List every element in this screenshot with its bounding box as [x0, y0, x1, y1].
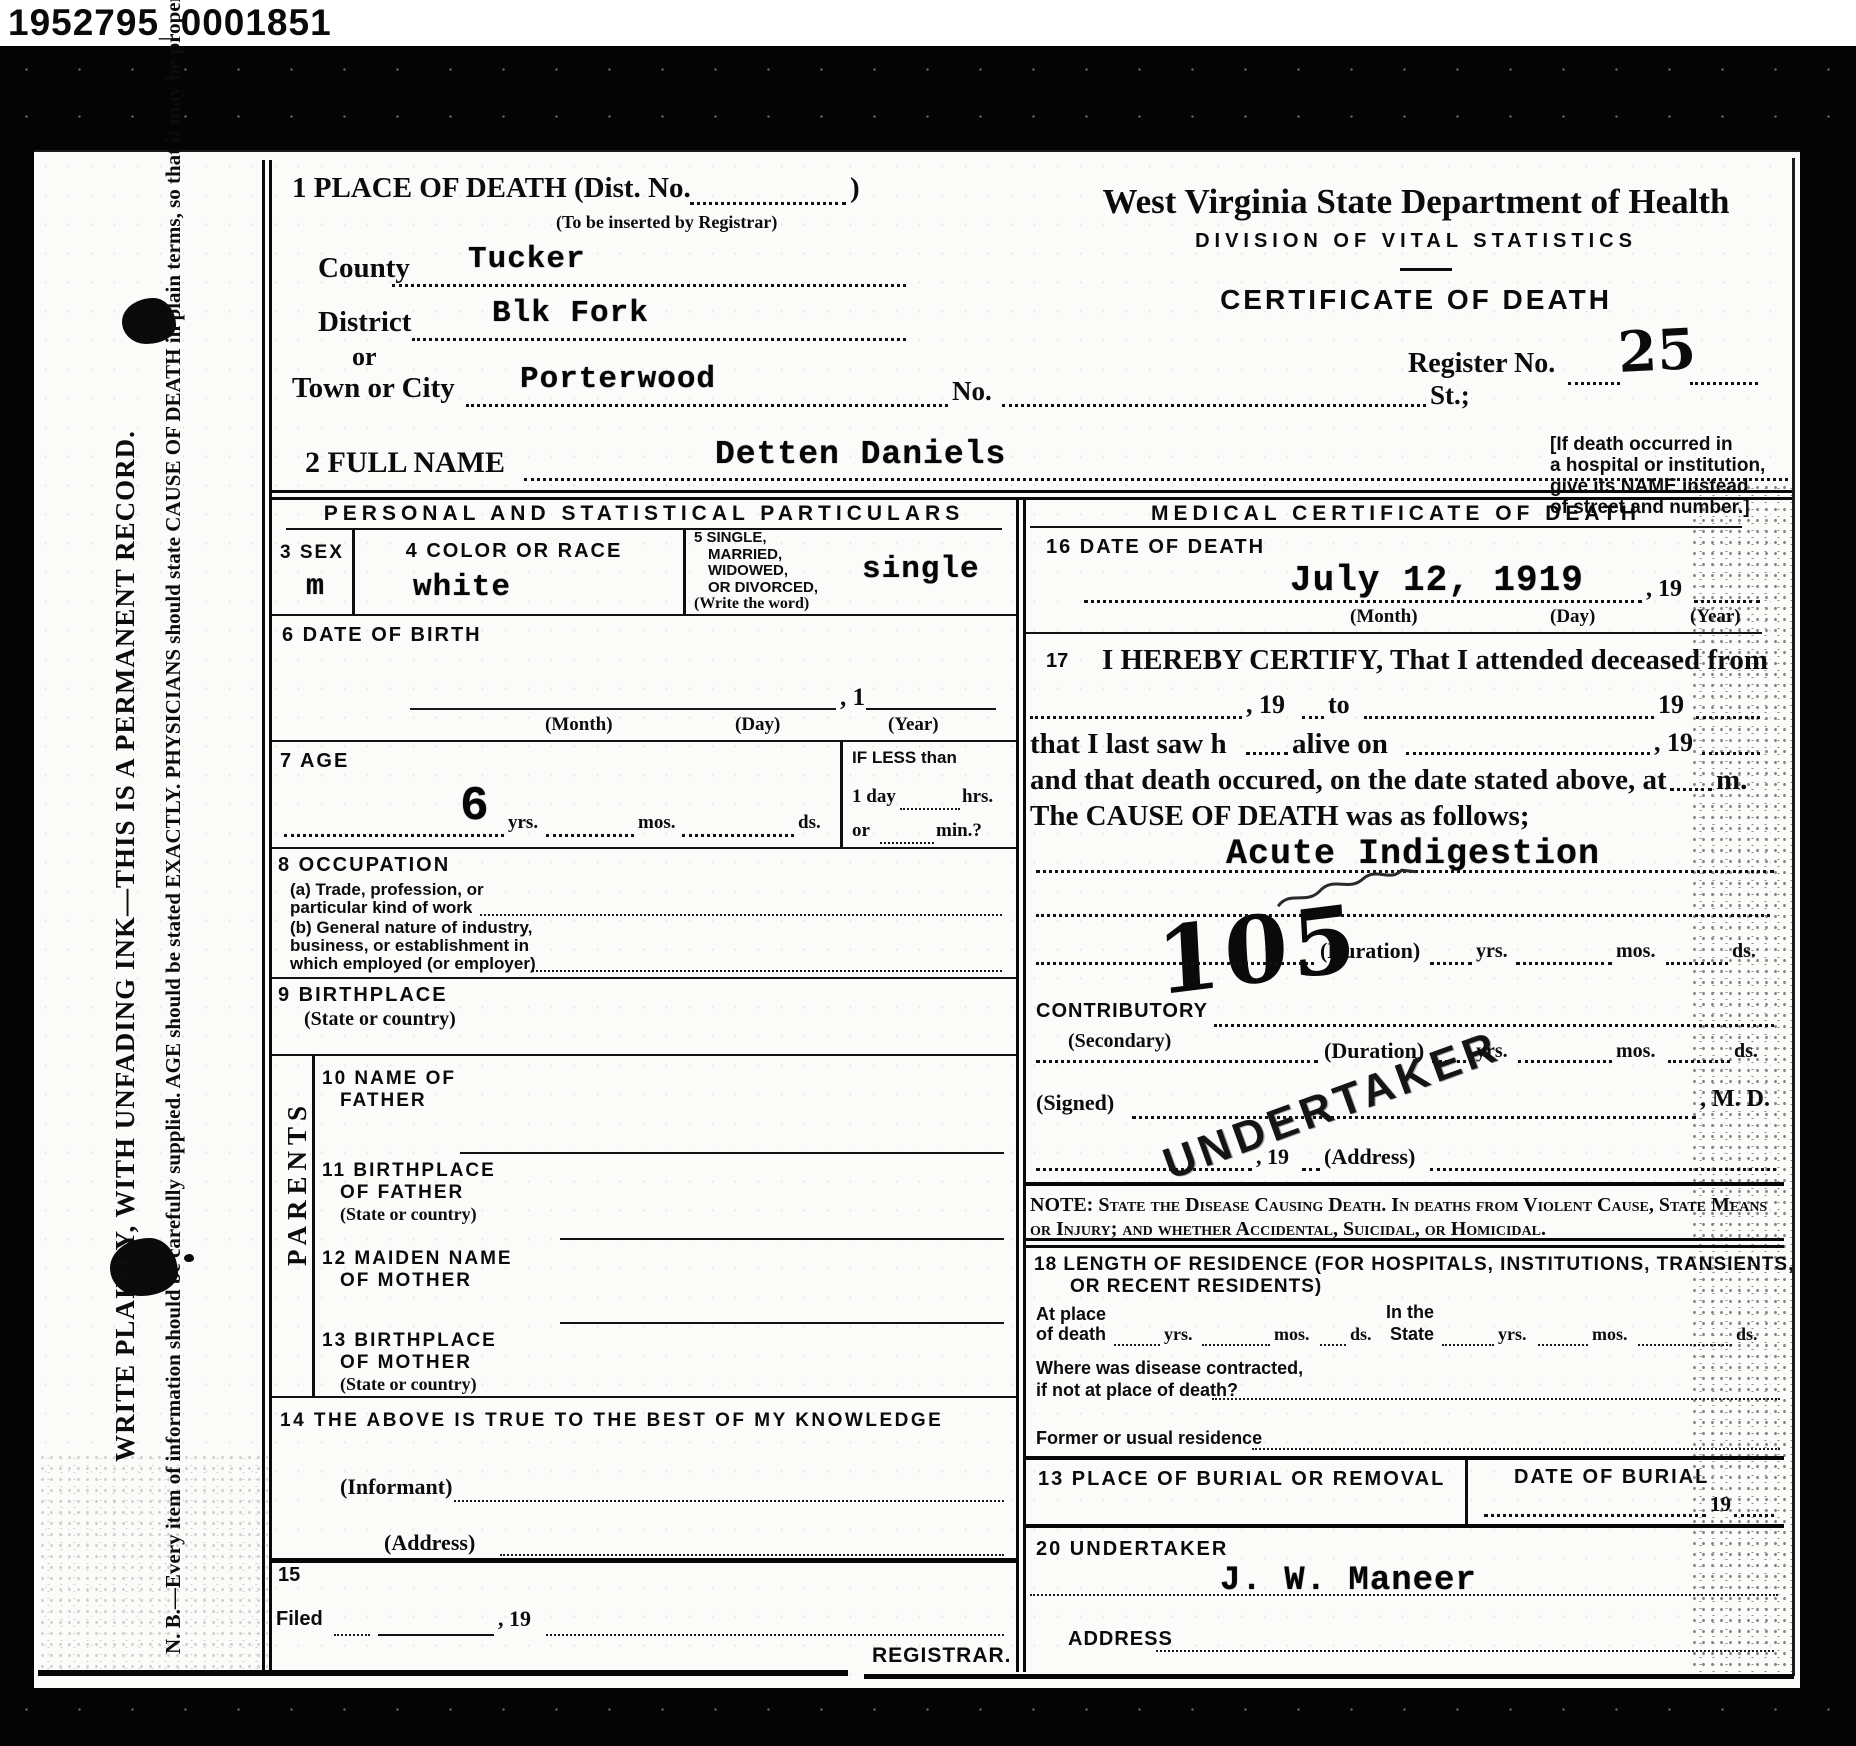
death-occured-m: m. [1716, 764, 1747, 797]
marital-line1: 5 SINGLE, [694, 530, 818, 547]
marital-line4: OR DIVORCED, [694, 580, 818, 597]
residence-ds-1: ds. [1350, 1324, 1372, 1345]
birthplace-bottom-rule [272, 1054, 1016, 1056]
register-no-value: 25 [1616, 316, 1697, 386]
occupation-a2: particular kind of work [290, 898, 472, 918]
age-blank-3 [682, 834, 794, 837]
parents-inner-divider [312, 1054, 315, 1396]
death-occured-text: and that death occured, on the date stat… [1030, 764, 1667, 797]
parents-vertical-label: PARENTS [282, 1064, 313, 1302]
certificate-title: CERTIFICATE OF DEATH [1044, 284, 1788, 316]
age-ifless-divider [840, 740, 843, 847]
death-occured-blank [1670, 788, 1712, 791]
register-no-blank-right [1690, 382, 1758, 385]
one-day-label: 1 day [852, 786, 896, 808]
father-bp-line2: OF FATHER [340, 1182, 464, 1204]
residence-mos-2: mos. [1592, 1324, 1628, 1345]
register-no-label: Register No. [1408, 348, 1555, 380]
duration1-label: (Duration) [1320, 938, 1420, 964]
last-saw-h-blank [1246, 752, 1288, 755]
informant-caption: (Informant) [340, 1474, 452, 1500]
informant-address-blank [500, 1554, 1004, 1556]
mother-name-blank [560, 1322, 1004, 1324]
truth-statement: 14 THE ABOVE IS TRUE TO THE BEST OF MY K… [280, 1410, 943, 1432]
if-less-label: IF LESS than [852, 748, 957, 768]
place-of-death-paren: ) [850, 172, 860, 205]
certify-19b: 19 [1658, 690, 1684, 720]
or-label: or [852, 820, 870, 842]
alive-on-text: alive on [1292, 728, 1388, 761]
burial-cell-divider [1465, 1458, 1468, 1524]
birthplace-label: 9 BIRTHPLACE [278, 984, 448, 1007]
mother-name-line2: OF MOTHER [340, 1270, 472, 1292]
residence-label-line2: OR RECENT RESIDENTS) [1070, 1276, 1322, 1298]
dod-day-caption: (Day) [1550, 606, 1595, 628]
parents-bottom-rule [272, 1396, 1016, 1398]
min-label: min.? [936, 820, 982, 842]
marital-write-word: (Write the word) [694, 596, 818, 613]
page-right-edge [1792, 158, 1795, 1676]
dob-year-caption: (Year) [888, 714, 939, 736]
father-name-line1: 10 NAME OF [322, 1068, 456, 1090]
duration2-label: (Duration) [1324, 1038, 1424, 1064]
certify-to-blank [1364, 716, 1654, 719]
race-marital-divider [683, 530, 686, 614]
certify-number: 17 [1046, 650, 1068, 673]
sign-date-19-blank [1302, 1168, 1320, 1171]
certify-to: to [1328, 690, 1350, 720]
marital-line2: MARRIED, [694, 547, 818, 564]
dob-year-prefix: , 1 [840, 684, 865, 712]
residence-blank-5 [1538, 1344, 1588, 1346]
item15-label: 15 [278, 1564, 300, 1587]
duration2-yrs: yrs. [1476, 1040, 1508, 1063]
burial-top-heavy-rule [1026, 1456, 1784, 1460]
margin-divider-rule [262, 160, 272, 1672]
certify-19b-blank [1696, 716, 1760, 719]
mother-name-line1: 12 MAIDEN NAME [322, 1248, 513, 1270]
duration1-mos: mos. [1616, 940, 1655, 963]
district-value: Blk Fork [492, 296, 649, 331]
residence-blank-4 [1442, 1344, 1494, 1346]
duration2-blank-b [1518, 1060, 1612, 1063]
where-contracted-line1: Where was disease contracted, [1036, 1358, 1303, 1379]
street-no-blank [1002, 404, 1426, 407]
medical-section-title: MEDICAL CERTIFICATE OF DEATH [1026, 502, 1766, 526]
page-bottom-border-left [38, 1670, 848, 1676]
min-blank [880, 842, 934, 844]
mother-bp-line1: 13 BIRTHPLACE [322, 1330, 497, 1352]
age-blank-2 [546, 834, 634, 837]
age-ds-label: ds. [798, 812, 821, 834]
dod-19-label: , 19 [1646, 576, 1682, 603]
district-or-label: or [352, 342, 377, 372]
department-title: West Virginia State Department of Health [1044, 182, 1788, 222]
age-blank-1 [284, 834, 504, 837]
occupation-b1: (b) General nature of industry, [290, 918, 532, 938]
scan-noise-top [0, 46, 1856, 150]
father-bp-line3: (State or country) [340, 1204, 477, 1225]
last-saw-19-blank [1702, 752, 1760, 755]
town-value: Porterwood [520, 362, 716, 397]
signed-blank [1132, 1116, 1696, 1119]
signed-md: , M. D. [1700, 1086, 1770, 1113]
residence-blank-3 [1320, 1344, 1346, 1346]
residence-blank-1 [1114, 1344, 1160, 1346]
county-label: County [318, 252, 410, 285]
age-label: 7 AGE [280, 750, 349, 773]
residence-ds-2: ds. [1736, 1324, 1758, 1345]
duration1-blank-b [1516, 962, 1612, 965]
race-value: white [413, 570, 511, 605]
personal-section-title: PERSONAL AND STATISTICAL PARTICULARS [272, 502, 1016, 526]
registrar-insert-note: (To be inserted by Registrar) [556, 212, 777, 233]
residence-label-line1: 18 LENGTH OF RESIDENCE (FOR HOSPITALS, I… [1034, 1254, 1794, 1276]
street-label: St.; [1430, 380, 1470, 411]
margin-permanent-record-text: WRITE PLAINLY, WITH UNFADING INK—THIS IS… [110, 248, 141, 1644]
dob-blank-year [866, 708, 996, 710]
occupation-b-blank [532, 970, 1002, 972]
certify-19a: , 19 [1246, 690, 1285, 720]
hospital-note-line1: [If death occurred in [1550, 434, 1782, 455]
certificate-page: WRITE PLAINLY, WITH UNFADING INK—THIS IS… [34, 150, 1800, 1688]
dod-label: 16 DATE OF DEATH [1046, 536, 1265, 559]
marital-value: single [862, 552, 980, 587]
mother-bp-line2: OF MOTHER [340, 1352, 472, 1374]
dod-blank [1084, 600, 1642, 603]
medical-title-underline [1030, 526, 1742, 528]
column-divider-rule [1016, 500, 1026, 1672]
sign-date-19: , 19 [1256, 1144, 1289, 1170]
duration1-blank-a [1430, 962, 1472, 965]
hrs-label: hrs. [962, 786, 993, 808]
residence-blank-6 [1638, 1344, 1732, 1346]
state-label: State [1390, 1324, 1434, 1345]
division-subtitle: DIVISION OF VITAL STATISTICS [1044, 230, 1788, 253]
register-no-blank-left [1568, 382, 1620, 385]
filed-label: Filed [276, 1608, 323, 1631]
occupation-a-blank [480, 914, 1002, 916]
undertaker-label: 20 UNDERTAKER [1036, 1538, 1228, 1561]
former-residence-label: Former or usual residence [1036, 1428, 1262, 1449]
contributory-blank [1214, 1024, 1774, 1027]
filed-blank-long [546, 1634, 1004, 1636]
filed-19-label: , 19 [498, 1606, 531, 1632]
burial-date-blank [1484, 1514, 1706, 1517]
division-dash [1400, 268, 1452, 271]
dob-label: 6 DATE OF BIRTH [282, 624, 482, 647]
undertaker-blank [1030, 1594, 1778, 1596]
duration2-mos: mos. [1616, 1040, 1655, 1063]
duration1-ds: ds. [1732, 940, 1756, 963]
informant-blank [454, 1500, 1004, 1502]
dob-bottom-rule [272, 740, 1016, 742]
father-bp-line1: 11 BIRTHPLACE [322, 1160, 496, 1182]
duration2-blank-a [1432, 1060, 1472, 1063]
scan-noise-bottom-left [38, 1452, 268, 1672]
page-bottom-border-right [864, 1674, 1794, 1679]
sign-date-blank [1036, 1168, 1252, 1171]
birthplace-state-caption: (State or country) [304, 1008, 456, 1031]
dod-value: July 12, 1919 [1290, 560, 1584, 601]
dob-month-caption: (Month) [545, 714, 613, 736]
burial-date-label: DATE OF BURIAL [1514, 1466, 1709, 1489]
of-death-label: of death [1036, 1324, 1106, 1345]
fullname-label: 2 FULL NAME [305, 446, 505, 480]
mother-bp-line3: (State or country) [340, 1374, 477, 1395]
burial-bottom-heavy-rule [1026, 1524, 1784, 1528]
former-residence-blank [1252, 1448, 1780, 1450]
last-saw-19: , 19 [1654, 728, 1693, 758]
county-blank [392, 284, 906, 287]
town-blank [466, 404, 948, 407]
town-label: Town or City [292, 372, 455, 405]
duration2-ds: ds. [1734, 1040, 1758, 1063]
dod-19-blank [1694, 600, 1760, 603]
certify-text: I HEREBY CERTIFY, That I attended deceas… [1102, 644, 1768, 677]
father-name-blank [460, 1152, 1004, 1154]
age-mos-label: mos. [638, 812, 675, 834]
dob-day-caption: (Day) [735, 714, 780, 736]
residence-blank-2 [1202, 1344, 1270, 1346]
in-the-label: In the [1386, 1302, 1434, 1323]
hospital-note-line2: a hospital or institution, [1550, 455, 1782, 476]
occupation-b2: business, or establishment in [290, 936, 529, 956]
father-name-line2: FATHER [340, 1090, 427, 1112]
informant-bottom-heavy-rule [272, 1558, 1016, 1563]
undertaker-address-label: ADDRESS [1068, 1628, 1173, 1651]
occupation-a1: (a) Trade, profession, or [290, 880, 484, 900]
dod-month-caption: (Month) [1350, 606, 1418, 628]
residence-yrs-1: yrs. [1164, 1324, 1193, 1345]
where-contracted-line2: if not at place of death? [1036, 1380, 1238, 1401]
burial-date-19-blank [1734, 1514, 1774, 1517]
secondary-caption: (Secondary) [1068, 1030, 1171, 1053]
residence-mos-1: mos. [1274, 1324, 1310, 1345]
hrs-blank [900, 808, 960, 810]
duration1-blank-c [1666, 962, 1728, 965]
last-saw-text: that I last saw h [1030, 728, 1227, 761]
sex-race-divider [352, 530, 355, 614]
sign-address-caption: (Address) [1324, 1144, 1415, 1170]
scanned-death-certificate: 1952795_0001851 WRITE PLAINLY, WITH UNFA… [0, 0, 1856, 1746]
registrar-label: REGISTRAR. [872, 1644, 1012, 1668]
dob-blank-month-day [410, 708, 836, 710]
sex-row-bottom-rule [272, 614, 1016, 616]
age-bottom-rule [272, 847, 1016, 849]
duration2-lead-blank [1036, 1060, 1318, 1063]
district-blank [412, 338, 906, 341]
burial-place-label: 13 PLACE OF BURIAL OR REMOVAL [1038, 1468, 1445, 1491]
occupation-b3: which employed (or employer) [290, 954, 536, 974]
at-place-label: At place [1036, 1304, 1106, 1325]
cause-blank-2 [1036, 914, 1770, 917]
filed-blank-short [334, 1634, 370, 1636]
race-label: 4 COLOR OR RACE [364, 540, 664, 563]
contributory-label: CONTRIBUTORY [1036, 1000, 1208, 1023]
filed-blank-line [378, 1634, 494, 1636]
where-contracted-blank [1212, 1398, 1780, 1400]
sign-address-blank [1430, 1168, 1776, 1171]
burial-date-19: 19 [1710, 1492, 1731, 1517]
informant-address-caption: (Address) [384, 1530, 475, 1556]
county-value: Tucker [468, 242, 586, 277]
cause-intro-text: The CAUSE OF DEATH was as follows; [1030, 800, 1530, 833]
father-bp-blank [560, 1238, 1004, 1240]
alive-on-blank [1406, 752, 1650, 755]
note-bottom-double-rule [1026, 1238, 1784, 1248]
age-value: 6 [460, 780, 490, 834]
occupation-label: 8 OCCUPATION [278, 854, 450, 877]
signed-caption: (Signed) [1036, 1090, 1114, 1116]
dod-year-caption: (Year) [1690, 606, 1741, 628]
duration1-yrs: yrs. [1476, 940, 1508, 963]
fullname-value: Detten Daniels [715, 436, 1006, 473]
duration1-lead-blank [1036, 962, 1314, 965]
duration2-blank-c [1668, 1060, 1730, 1063]
marital-line3: WIDOWED, [694, 563, 818, 580]
fullname-blank [524, 478, 1788, 481]
dod-bottom-rule [1026, 632, 1762, 634]
place-of-death-blank [690, 202, 846, 205]
fullname-bottom-double-rule [271, 490, 1792, 500]
district-label: District [318, 306, 411, 339]
certify-from-blank [1030, 716, 1242, 719]
margin-nb-text: N. B.—Every item of information should b… [160, 234, 187, 1654]
occupation-bottom-rule [272, 977, 1016, 979]
place-of-death-label: 1 PLACE OF DEATH (Dist. No. [292, 172, 691, 205]
street-no-label: No. [952, 376, 992, 407]
scan-noise-bottom [0, 1686, 1856, 1746]
personal-title-underline [286, 528, 1002, 530]
sex-label: 3 SEX [280, 542, 344, 564]
certify-19a-blank [1302, 716, 1324, 719]
sex-value: m [306, 570, 325, 604]
note-top-heavy-rule [1026, 1182, 1784, 1186]
note-line1: NOTE: State the Disease Causing Death. I… [1030, 1194, 1767, 1217]
marital-label: 5 SINGLE, MARRIED, WIDOWED, OR DIVORCED,… [694, 530, 818, 613]
age-yrs-label: yrs. [508, 812, 538, 834]
residence-yrs-2: yrs. [1498, 1324, 1527, 1345]
undertaker-address-blank [1156, 1650, 1774, 1652]
